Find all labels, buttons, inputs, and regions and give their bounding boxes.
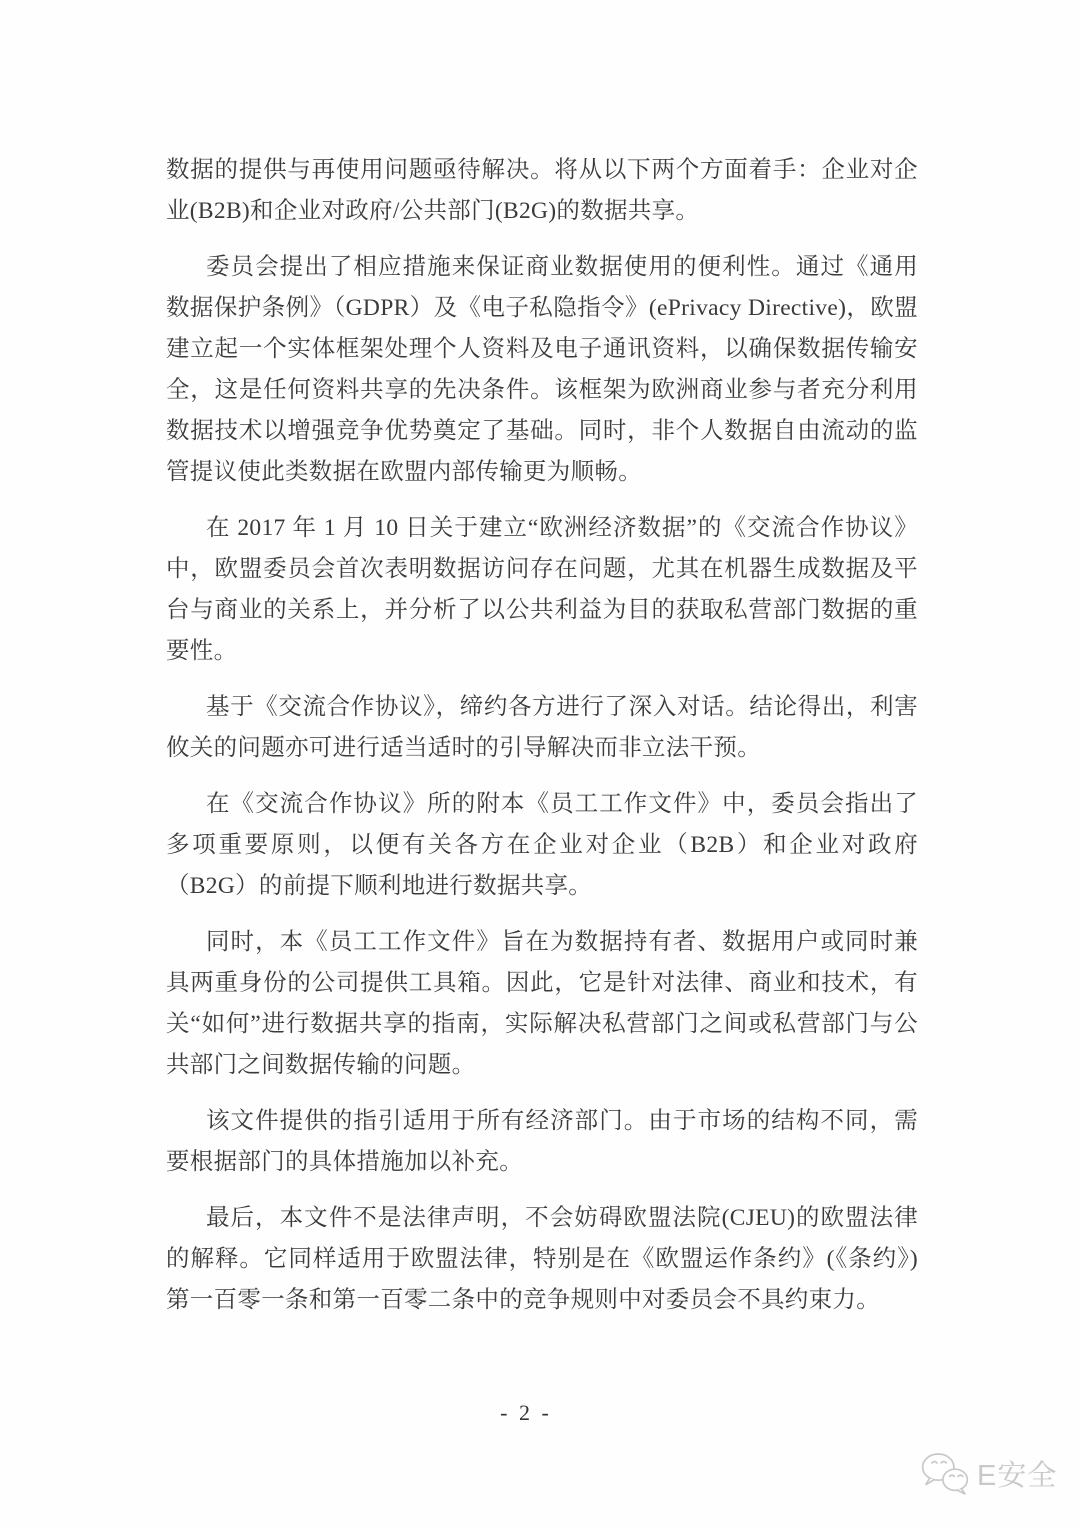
paragraph: 最后，本文件不是法律声明，不会妨碍欧盟法院(CJEU)的欧盟法律的解释。它同样适… <box>166 1198 918 1321</box>
paragraph: 基于《交流合作协议》，缔约各方进行了深入对话。结论得出，利害攸关的问题亦可进行适… <box>166 687 918 769</box>
paragraph: 在《交流合作协议》所的附本《员工工作文件》中，委员会指出了多项重要原则，以便有关… <box>166 784 918 907</box>
wechat-logo-icon <box>918 1450 972 1496</box>
paragraph: 委员会提出了相应措施来保证商业数据使用的便利性。通过《通用数据保护条例》（GDP… <box>166 247 918 493</box>
page-number: - 2 - <box>166 1400 886 1426</box>
brand-name: E安全 <box>977 1453 1057 1494</box>
paragraph: 该文件提供的指引适用于所有经济部门。由于市场的结构不同，需要根据部门的具体措施加… <box>166 1101 918 1183</box>
paragraph: 在 2017 年 1 月 10 日关于建立“欧洲经济数据”的《交流合作协议》中，… <box>166 508 918 672</box>
paragraph: 同时，本《员工工作文件》旨在为数据持有者、数据用户或同时兼具两重身份的公司提供工… <box>166 922 918 1086</box>
document-body: 数据的提供与再使用问题亟待解决。将从以下两个方面着手：企业对企业(B2B)和企业… <box>166 150 918 1336</box>
document-page: 数据的提供与再使用问题亟待解决。将从以下两个方面着手：企业对企业(B2B)和企业… <box>0 0 1080 1526</box>
paragraph: 数据的提供与再使用问题亟待解决。将从以下两个方面着手：企业对企业(B2B)和企业… <box>166 150 918 232</box>
brand-watermark: E安全 <box>918 1450 1057 1496</box>
